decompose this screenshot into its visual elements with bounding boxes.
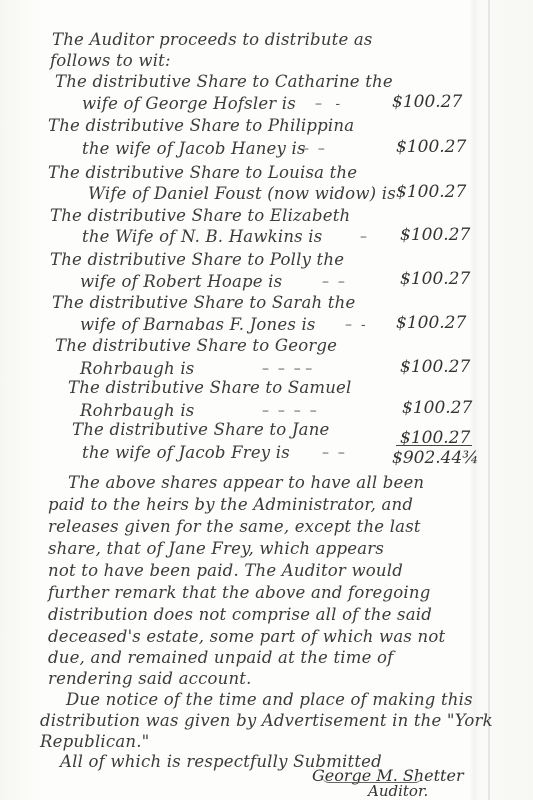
notice-line: Republican." [40,732,149,751]
notice-line: Due notice of the time and place of maki… [66,690,473,709]
leader-dashes: – – – – [262,361,312,377]
paper-fold-line [488,0,490,800]
share-recipient: the wife of Jacob Frey is [82,443,290,462]
intro-line: follows to wit: [50,51,171,70]
share-amount: $100.27 [396,137,466,157]
share-amount: $100.27 [396,313,466,333]
intro-line: The Auditor proceeds to distribute as [52,30,373,49]
share-recipient: Wife of Daniel Foust (now widow) is [88,184,396,203]
share-amount: $100.27 [400,357,470,377]
share-description: The distributive Share to Catharine the [55,72,393,91]
share-recipient: Rohrbaugh is [80,359,194,378]
share-recipient: Rohrbaugh is [80,401,194,420]
paragraph-line: share, that of Jane Frey, which appears [48,539,384,558]
paragraph-line: deceased's estate, some part of which wa… [48,627,445,646]
paragraph-line: due, and remained unpaid at the time of [48,648,393,667]
share-recipient: wife of Barnabas F. Jones is [80,315,316,334]
notice-line: distribution was given by Advertisement … [40,711,493,730]
share-recipient: the Wife of N. B. Hawkins is [82,227,322,246]
manuscript-page: The Auditor proceeds to distribute as fo… [0,0,533,800]
paragraph-line: not to have been paid. The Auditor would [48,561,403,580]
share-amount: $100.27 [392,92,462,112]
share-description: The distributive Share to Samuel [68,378,352,397]
share-recipient: wife of Robert Hoape is [80,272,282,291]
share-amount: $100.27 [396,182,466,202]
share-description: The distributive Share to Polly the [50,250,344,269]
share-description: The distributive Share to Elizabeth [50,206,350,225]
total-underline [396,445,472,446]
share-amount: $100.27 [402,398,472,418]
share-description: The distributive Share to Jane [72,420,330,439]
leader-dashes: – – – – [262,403,317,419]
leader-dashes: – – [322,274,345,290]
total-amount: $902.44¾ [392,448,479,468]
share-description: The distributive Share to Philippina [48,116,354,135]
leader-dashes: – – [322,445,345,461]
leader-dashes: – - [315,96,340,112]
share-recipient: the wife of Jacob Haney is [82,139,306,158]
paragraph-line: distribution does not comprise all of th… [48,605,432,624]
paragraph-line: releases given for the same, except the … [48,517,421,536]
share-description: The distributive Share to Louisa the [48,163,357,182]
paragraph-line: rendering said account. [48,669,252,688]
paragraph-line: The above shares appear to have all been [68,473,424,492]
paragraph-line: paid to the heirs by the Administrator, … [48,495,413,514]
leader-dashes: – – [302,141,325,157]
share-recipient: wife of George Hofsler is [82,94,296,113]
share-amount: $100.27 [400,225,470,245]
share-amount: $100.27 [400,269,470,289]
leader-dashes: – [360,229,367,245]
leader-dashes: – - [345,317,366,333]
share-description: The distributive Share to Sarah the [52,293,355,312]
signature-title: Auditor. [368,782,428,800]
paragraph-line: further remark that the above and forego… [48,583,430,602]
share-description: The distributive Share to George [55,336,337,355]
